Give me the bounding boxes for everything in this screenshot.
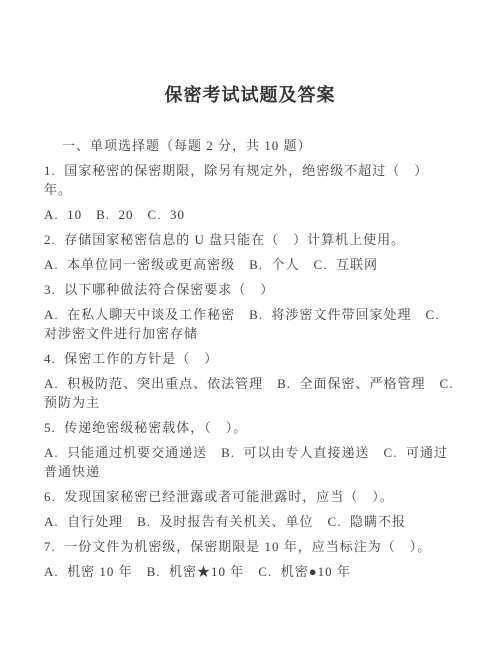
question-text: 5. 传递绝密级秘密载体，（ ）。	[44, 418, 456, 437]
question-text: 7. 一份文件为机密级，保密期限是 10 年，应当标注为（ ）。	[44, 537, 456, 556]
options-text: A. 10 B. 20 C. 30	[44, 205, 456, 224]
exam-document: 保密考试试题及答案 一、单项选择题（每题 2 分，共 10 题） 1. 国家秘密…	[0, 0, 500, 647]
question-list: 1. 国家秘密的保密期限，除另有规定外，绝密级不超过（ ）年。A. 10 B. …	[44, 161, 456, 581]
question-text: 4. 保密工作的方针是（ ）	[44, 349, 456, 368]
question-text: 3. 以下哪种做法符合保密要求（ ）	[44, 280, 456, 299]
section-heading: 一、单项选择题（每题 2 分，共 10 题）	[62, 136, 456, 155]
options-text: A. 本单位同一密级或更高密级 B. 个人 C. 互联网	[44, 255, 456, 274]
options-text: A. 在私人聊天中谈及工作秘密 B. 将涉密文件带回家处理 C. 对涉密文件进行…	[44, 305, 456, 343]
question-text: 6. 发现国家秘密已经泄露或者可能泄露时，应当（ ）。	[44, 487, 456, 506]
question-text: 1. 国家秘密的保密期限，除另有规定外，绝密级不超过（ ）年。	[44, 161, 456, 199]
options-text: A. 自行处理 B. 及时报告有关机关、单位 C. 隐瞒不报	[44, 512, 456, 531]
options-text: A. 积极防范、突出重点、依法管理 B. 全面保密、严格管理 C. 预防为主	[44, 374, 456, 412]
document-body: 一、单项选择题（每题 2 分，共 10 题） 1. 国家秘密的保密期限，除另有规…	[44, 136, 456, 581]
page-title: 保密考试试题及答案	[0, 0, 500, 107]
options-text: A. 机密 10 年 B. 机密★10 年 C. 机密●10 年	[44, 562, 456, 581]
options-text: A. 只能通过机要交通递送 B. 可以由专人直接递送 C. 可通过普通快递	[44, 443, 456, 481]
question-text: 2. 存储国家秘密信息的 U 盘只能在（ ）计算机上使用。	[44, 230, 456, 249]
